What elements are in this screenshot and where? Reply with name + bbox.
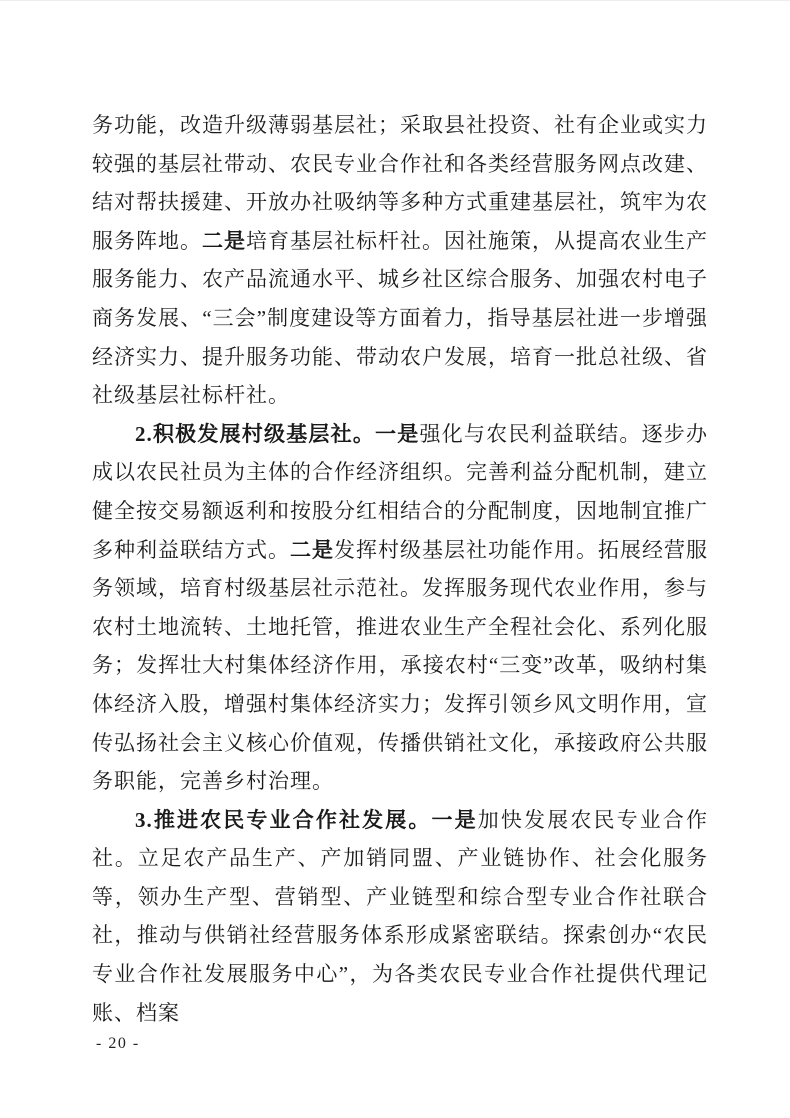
bold-text-segment: 二是 xyxy=(202,229,246,253)
paragraph: 3.推进农民专业合作社发展。一是加快发展农民专业合作社。立足农产品生产、产加销同… xyxy=(92,801,708,1033)
document-page: 务功能，改造升级薄弱基层社；采取县社投资、社有企业或实力较强的基层社带动、农民专… xyxy=(0,0,790,1118)
paragraph: 务功能，改造升级薄弱基层社；采取县社投资、社有企业或实力较强的基层社带动、农民专… xyxy=(92,106,708,415)
bold-text-segment: 3.推进农民专业合作社发展。一是 xyxy=(135,808,478,832)
document-body: 务功能，改造升级薄弱基层社；采取县社投资、社有企业或实力较强的基层社带动、农民专… xyxy=(92,106,708,1032)
text-segment: 发挥村级基层社功能作用。拓展经营服务领域，培育村级基层社示范社。发挥服务现代农业… xyxy=(92,538,708,794)
bold-text-segment: 二是 xyxy=(290,538,334,562)
paragraph: 2.积极发展村级基层社。一是强化与农民利益联结。逐步办成以农民社员为主体的合作经… xyxy=(92,415,708,801)
page-number: - 20 - xyxy=(96,1035,140,1053)
text-segment: 加快发展农民专业合作社。立足农产品生产、产加销同盟、产业链协作、社会化服务等，领… xyxy=(92,808,708,1025)
text-segment: 培育基层社标杆社。因社施策，从提高农业生产服务能力、农产品流通水平、城乡社区综合… xyxy=(92,229,708,407)
bold-text-segment: 2.积极发展村级基层社。一是 xyxy=(135,422,419,446)
